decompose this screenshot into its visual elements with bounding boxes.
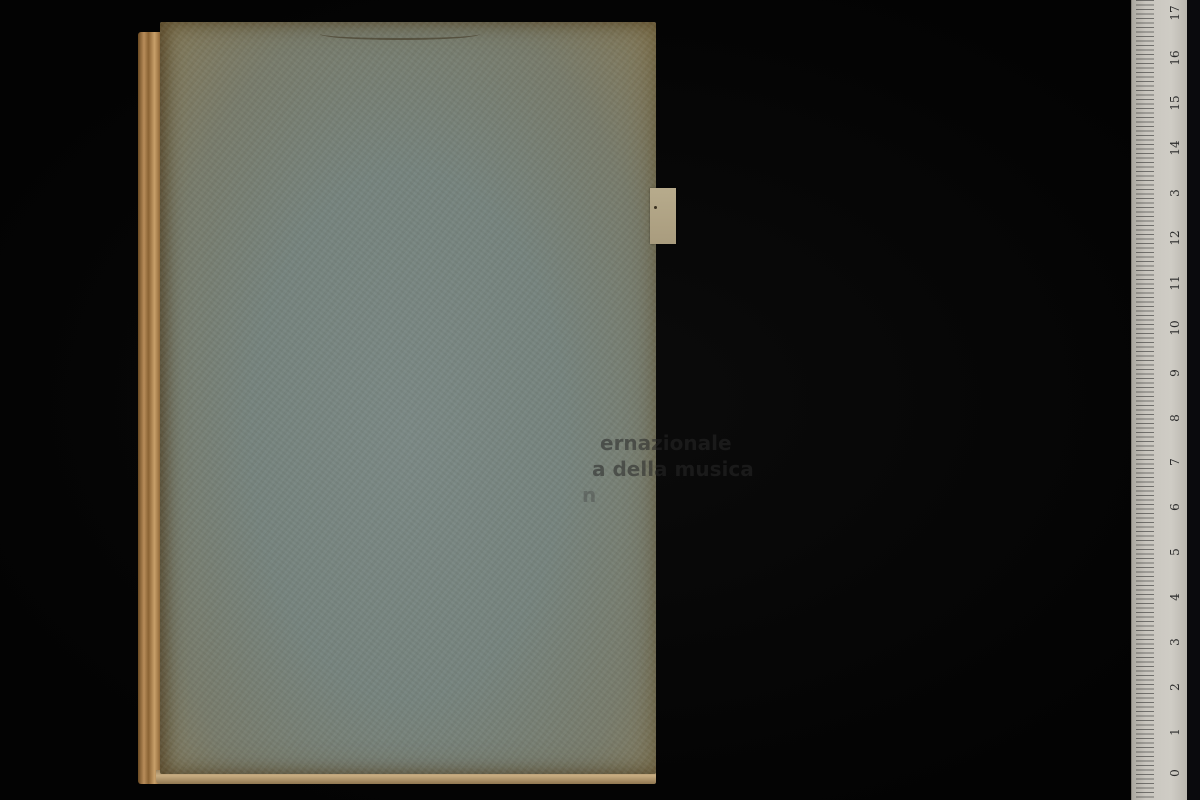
ruler-label-17: 17 [1167, 2, 1183, 24]
watermark: ernazionale a della musica n [600, 430, 754, 508]
ruler-ticks [1136, 0, 1166, 800]
ruler-label-6: 6 [1167, 496, 1183, 518]
label-mark [654, 206, 657, 209]
watermark-line-2: a della musica [592, 456, 754, 482]
ruler-label-8: 8 [1167, 407, 1183, 429]
ruler-label-0cm: 0 cm [1167, 762, 1183, 784]
ruler-label-10: 10 [1167, 317, 1183, 339]
ruler-label-13: 3 [1167, 182, 1183, 204]
ruler-label-16: 16 [1167, 47, 1183, 69]
ruler-label-14: 14 [1167, 137, 1183, 159]
centimetre-ruler: 0 cm 1 2 3 4 5 6 7 8 9 10 11 12 3 14 15 … [1131, 0, 1188, 800]
ruler-label-1: 1 [1167, 721, 1183, 743]
ruler-label-3: 3 [1167, 631, 1183, 653]
ruler-label-9: 9 [1167, 362, 1183, 384]
ruler-label-4: 4 [1167, 586, 1183, 608]
watermark-line-3: n [582, 482, 754, 508]
cover-top-crease [320, 28, 480, 40]
booklet [138, 18, 658, 788]
ruler-edge-shadow [1187, 0, 1200, 800]
watermark-line-1: ernazionale [600, 430, 754, 456]
ruler-label-7: 7 [1167, 451, 1183, 473]
label-tab [650, 188, 676, 244]
ruler-label-11: 11 [1167, 272, 1183, 294]
blue-paper-cover [160, 22, 656, 774]
ruler-label-2: 2 [1167, 676, 1183, 698]
ruler-label-12: 12 [1167, 227, 1183, 249]
ruler-label-5: 5 [1167, 541, 1183, 563]
ruler-label-15: 15 [1167, 92, 1183, 114]
